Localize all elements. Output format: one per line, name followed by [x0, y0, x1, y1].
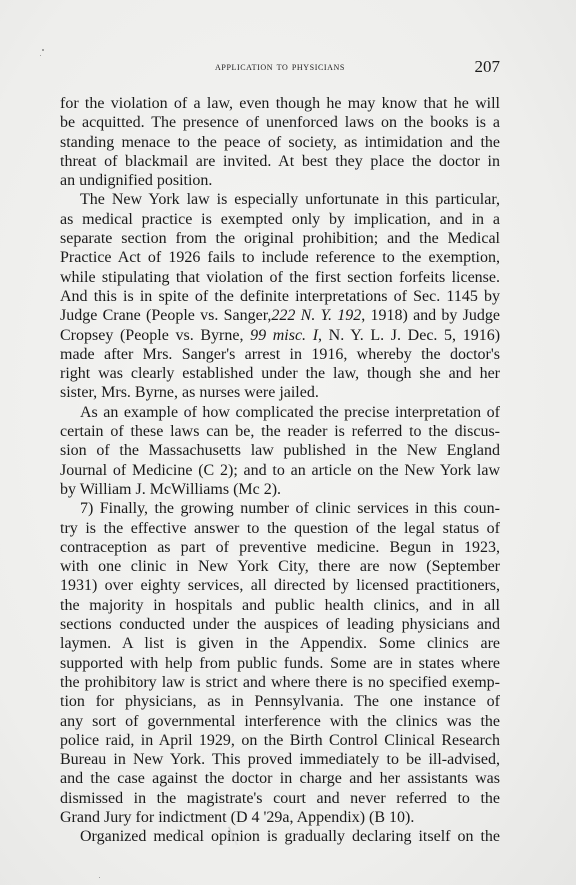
- text-line: 7) Finally, the growing number of clinic…: [60, 499, 500, 518]
- citation-suffix: , N. Y. L. J. Dec. 5, 1916): [318, 327, 500, 344]
- text-line: tion for physicians, as in Pennsylvania.…: [60, 692, 500, 711]
- text-line: Organized medical opinion is gradually d…: [60, 827, 500, 846]
- text-line: And this is in spite of the definite int…: [60, 287, 500, 306]
- body-text: for the violation of a law, even though …: [60, 94, 500, 847]
- paper-speck: [99, 877, 100, 878]
- running-head: APPLICATION TO PHYSICIANS 207: [60, 59, 500, 77]
- running-title: APPLICATION TO PHYSICIANS: [60, 61, 500, 73]
- text-line: sections conducted under the auspices of…: [60, 615, 500, 634]
- text-line: threat of blackmail are invited. At best…: [60, 152, 500, 171]
- text-line: sion of the Massachusetts law published …: [60, 441, 500, 460]
- text-line: Grand Jury for indictment (D 4 '29a, App…: [60, 808, 500, 827]
- text-line: As an example of how complicated the pre…: [60, 403, 500, 422]
- text-line: Bureau in New York. This proved immediat…: [60, 750, 500, 769]
- citation-italic: 222 N. Y. 192: [271, 307, 361, 324]
- text-line: police raid, in April 1929, on the Birth…: [60, 731, 500, 750]
- text-line: any sort of governmental interference wi…: [60, 712, 500, 731]
- text-line: contraception as part of preventive medi…: [60, 538, 500, 557]
- text-line: made after Mrs. Sanger's arrest in 1916,…: [60, 345, 500, 364]
- citation-prefix: Cropsey (People vs. Byrne,: [60, 327, 243, 344]
- text-line: certain of these laws can be, the reader…: [60, 422, 500, 441]
- paper-speck: [42, 49, 44, 51]
- text-line: an undignified position.: [60, 171, 500, 190]
- text-line: separate section from the original prohi…: [60, 229, 500, 248]
- text-line: Practice Act of 1926 fails to include re…: [60, 248, 500, 267]
- text-line: the majority in hospitals and public hea…: [60, 596, 500, 615]
- book-page: APPLICATION TO PHYSICIANS 207 for the vi…: [0, 0, 576, 885]
- text-line: The New York law is especially unfortuna…: [60, 190, 500, 209]
- text-line: laymen. A list is given in the Appendix.…: [60, 634, 500, 653]
- text-line: and the case against the doctor in charg…: [60, 769, 500, 788]
- text-line: for the violation of a law, even though …: [60, 94, 500, 113]
- text-line: standing menace to the peace of society,…: [60, 133, 500, 152]
- text-line: be acquitted. The presence of unenforced…: [60, 113, 500, 132]
- text-line: right was clearly established under the …: [60, 364, 500, 383]
- text-line: sister, Mrs. Byrne, as nurses were jaile…: [60, 383, 500, 402]
- text-line: as medical practice is exempted only by …: [60, 210, 500, 229]
- text-line: with one clinic in New York City, there …: [60, 557, 500, 576]
- citation-italic: 99 misc. I: [250, 327, 318, 344]
- citation-suffix: , 1918) and by Judge: [361, 307, 500, 324]
- paper-speck: [40, 55, 41, 56]
- text-line: 1931) over eighty services, all directed…: [60, 576, 500, 595]
- text-line: the prohibitory law is strict and where …: [60, 673, 500, 692]
- citation-prefix: Judge Crane (People vs. Sanger,: [60, 307, 271, 324]
- page-number: 207: [475, 57, 501, 77]
- text-line: dismissed in the magistrate's court and …: [60, 789, 500, 808]
- text-line: while stipulating that violation of the …: [60, 268, 500, 287]
- text-line: by William J. McWilliams (Mc 2).: [60, 480, 500, 499]
- text-line: supported with help from public funds. S…: [60, 654, 500, 673]
- text-line-citation: Judge Crane (People vs. Sanger,222 N. Y.…: [60, 306, 500, 325]
- text-line: Journal of Medicine (C 2); and to an art…: [60, 461, 500, 480]
- text-line-citation: Cropsey (People vs. Byrne, 99 misc. I, N…: [60, 326, 500, 345]
- text-line: try is the effective answer to the quest…: [60, 519, 500, 538]
